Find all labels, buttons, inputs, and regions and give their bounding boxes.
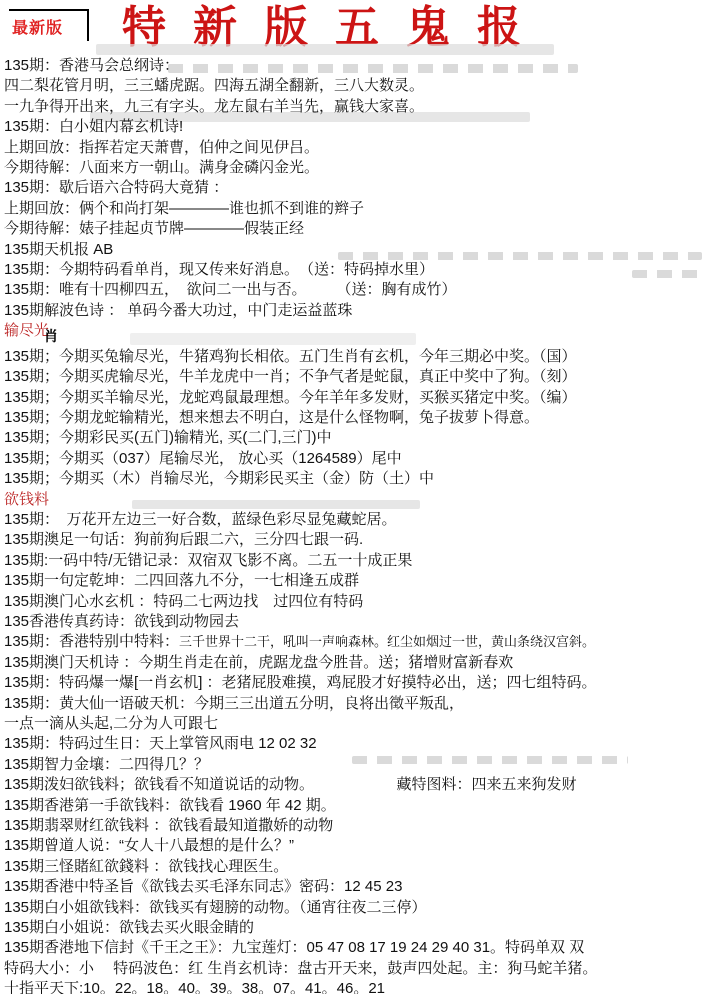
text-line: 四二梨花管月明，三三蟠虎踞。四海五湖全翻新，三八大数灵。 [4, 76, 708, 96]
text-line: 135期；今期买（木）肖输尽光，今期彩民买主（金）防（土）中 [4, 469, 708, 489]
text-segment: 135香港传真药诗：欲钱到动物园去 [4, 613, 239, 630]
text-segment: 特码大小：小 特码波色：红 生肖玄机诗：盘古开天来，鼓声四处起。主：狗马蛇羊猪。 [4, 960, 597, 977]
text-line: 135期：黄大仙一语破天机：今期三三出道五分明，良将出徵平叛乱， [4, 694, 708, 714]
text-segment: 四二梨花管月明，三三蟠虎踞。四海五湖全翻新，三八大数灵。 [4, 77, 424, 94]
text-line: 十指平天下:10。22。18。40。39。38。07。41。46。21 [4, 979, 708, 994]
text-segment: 上期回放：指挥若定天萧曹，伯仲之间见伊吕。 [4, 139, 319, 156]
text-segment: 135期翡翠财红欲钱料 ：欲钱看最知道撒娇的动物 [4, 817, 333, 834]
text-line: 今期待解：八面来方一朝山。满身金磷闪金光。 [4, 158, 708, 178]
text-segment: 十指平天下:10。22。18。40。39。38。07。41。46。21 [4, 980, 385, 994]
text-line: 135期一句定乾坤：二四回落九不分，一七相逢五成群 [4, 571, 708, 591]
text-line: 上期回放：俩个和尚打架————谁也抓不到谁的辫子 [4, 199, 708, 219]
text-segment: 肖 [44, 328, 58, 344]
text-line: 135期：香港马会总纲诗： [4, 56, 708, 76]
text-line: 135期白小姐欲钱料：欲钱买有翅膀的动物。（通宵往夜二三停） [4, 898, 708, 918]
content-lines: 135期：香港马会总纲诗：四二梨花管月明，三三蟠虎踞。四海五湖全翻新，三八大数灵… [4, 56, 708, 994]
text-segment: 135期：香港特别中特料： [4, 633, 179, 650]
text-segment: 今期待解：婊子挂起贞节牌————假装正经 [4, 220, 304, 237]
text-line: 135期：特码爆一爆[一肖玄机] ：老猪屁股难摸，鸡屁股才好摸特必出，送；四七组… [4, 673, 708, 693]
text-segment: 一点一滴从头起,二分为人可跟七 [4, 715, 218, 732]
text-segment: 135期：白小姐内幕玄机诗! [4, 118, 183, 135]
text-segment: 135期；今期买（037）尾输尽光， 放心买（1264589）尾中 [4, 450, 402, 467]
five-ghost-report-page: 最新版 特新版五鬼报 135期：香港马会总纲诗：四二梨花管月明，三三蟠虎踞。四海… [0, 0, 708, 994]
text-line: 输尽光肖 [4, 321, 708, 346]
text-segment: 135期澳足一句话：狗前狗后跟二六，三分四七跟一码. [4, 531, 363, 548]
text-segment: 今期待解：八面来方一朝山。满身金磷闪金光。 [4, 159, 319, 176]
text-segment: 135期；今期买羊输尽光，龙蛇鸡鼠最理想。今年羊年多发财，买猴买猪定中奖。（编） [4, 389, 577, 406]
text-line: 135期： 万花开左边三一好合数，蓝绿色彩尽显兔藏蛇居。 [4, 510, 708, 530]
text-line: 135期澳足一句话：狗前狗后跟二六，三分四七跟一码. [4, 530, 708, 550]
text-segment: 135期白小姐欲钱料：欲钱买有翅膀的动物。（通宵往夜二三停） [4, 899, 427, 916]
badge-label: 最新版 [9, 11, 87, 38]
text-segment: 135期香港地下信封《千王之王》：九宝莲灯：05 47 08 17 19 24 … [4, 939, 584, 956]
text-line: 特码大小：小 特码波色：红 生肖玄机诗：盘古开天来，鼓声四处起。主：狗马蛇羊猪。 [4, 959, 708, 979]
text-segment: 135期：今期特码看单肖，现又传来好消息。 （送：特码掉水里） [4, 261, 434, 278]
text-line: 135期：白小姐内幕玄机诗! [4, 117, 708, 137]
text-line: 135期：香港特别中特料：三千世界十二干，吼叫一声响森林。红尘如烟过一世，黄山条… [4, 632, 708, 652]
text-segment: 135期：歇后语六合特码大竟猜 ： [4, 179, 228, 196]
text-line: 135期天机报 AB [4, 240, 708, 260]
text-line: 一点一滴从头起,二分为人可跟七 [4, 714, 708, 734]
text-line: 135期解波色诗 ： 单码今番大功过，中门走运益蓝珠 [4, 301, 708, 321]
text-line: 135期；今期买兔输尽光，牛猪鸡狗长相依。五门生肖有玄机，今年三期必中奖。（国） [4, 347, 708, 367]
text-segment: 135期曾道人说：“女人十八最想的是什么？” [4, 837, 294, 854]
text-line: 135期智力金壤：二四得几？？ [4, 755, 708, 775]
text-segment: 三千世界十二干，吼叫一声响森林。红尘如烟过一世，黄山条绕汉宫斜。 [179, 634, 595, 649]
text-segment: 135期：黄大仙一语破天机：今期三三出道五分明，良将出徵平叛乱， [4, 695, 464, 712]
text-segment: 135期： 万花开左边三一好合数，蓝绿色彩尽显兔藏蛇居。 [4, 511, 397, 528]
latest-edition-badge: 最新版 [9, 9, 89, 41]
text-line: 135期：歇后语六合特码大竟猜 ： [4, 178, 708, 198]
text-segment: 135期香港第一手欲钱料：欲钱看 1960 年 42 期。 [4, 797, 336, 814]
text-segment: 135期:一码中特/无错记录：双宿双飞影不离。二五一十成正果 [4, 552, 412, 569]
text-line: 135期澳门天机诗 ：今期生肖走在前，虎踞龙盘今胜昔。送；猪增财富新春欢 [4, 653, 708, 673]
text-line: 135期翡翠财红欲钱料 ：欲钱看最知道撒娇的动物 [4, 816, 708, 836]
text-segment: 欲钱料 [4, 491, 49, 508]
text-line: 135期澳门心水玄机 ：特码二七两边找 过四位有特码 [4, 592, 708, 612]
text-line: 一九争得开出来，九三有字头。龙左鼠右羊当先，赢钱大家喜。 [4, 97, 708, 117]
text-segment: 135期；今期买虎输尽光，牛羊龙虎中一肖；不争气者是蛇鼠，真正中奖中了狗。（刻） [4, 368, 577, 385]
text-segment: 135期泼妇欲钱料；欲钱看不知道说话的动物。 藏特图料：四来五来狗发财 [4, 776, 577, 793]
text-segment: 135期智力金壤：二四得几？？ [4, 756, 209, 773]
text-line: 135期:一码中特/无错记录：双宿双飞影不离。二五一十成正果 [4, 551, 708, 571]
text-segment: 135期解波色诗 ： 单码今番大功过，中门走运益蓝珠 [4, 302, 352, 319]
smudge-artifact [96, 44, 554, 55]
text-segment: 135期澳门心水玄机 ：特码二七两边找 过四位有特码 [4, 593, 363, 610]
text-segment: 输尽光 [4, 322, 49, 339]
text-segment: 135期：特码爆一爆[一肖玄机] ：老猪屁股难摸，鸡屁股才好摸特必出，送；四七组… [4, 674, 597, 691]
text-segment: 一九争得开出来，九三有字头。龙左鼠右羊当先，赢钱大家喜。 [4, 98, 424, 115]
text-line: 135期；今期买羊输尽光，龙蛇鸡鼠最理想。今年羊年多发财，买猴买猪定中奖。（编） [4, 388, 708, 408]
text-segment: 135期白小姐说：欲钱去买火眼金睛的 [4, 919, 254, 936]
text-segment: 135期：特码过生日：天上掌管风雨电 12 02 32 [4, 735, 317, 752]
text-line: 135期：唯有十四柳四五， 欲问二一出与否。 （送：胸有成竹） [4, 280, 708, 300]
text-line: 135期；今期买（037）尾输尽光， 放心买（1264589）尾中 [4, 449, 708, 469]
text-segment: 135期：唯有十四柳四五， 欲问二一出与否。 （送：胸有成竹） [4, 281, 457, 298]
text-line: 135期白小姐说：欲钱去买火眼金睛的 [4, 918, 708, 938]
text-line: 135期三怪賭紅欲錢料 ：欲钱找心理医生。 [4, 857, 708, 877]
text-line: 135期香港中特圣旨《欲钱去买毛泽东同志》密码：12 45 23 [4, 877, 708, 897]
text-line: 135期香港第一手欲钱料：欲钱看 1960 年 42 期。 [4, 796, 708, 816]
text-segment: 135期三怪賭紅欲錢料 ：欲钱找心理医生。 [4, 858, 288, 875]
text-segment: 135期；今期买兔输尽光，牛猪鸡狗长相依。五门生肖有玄机，今年三期必中奖。（国） [4, 348, 577, 365]
text-line: 欲钱料 [4, 490, 708, 510]
text-segment: 上期回放：俩个和尚打架————谁也抓不到谁的辫子 [4, 200, 364, 217]
text-line: 135期：特码过生日：天上掌管风雨电 12 02 32 [4, 734, 708, 754]
text-line: 135期香港地下信封《千王之王》：九宝莲灯：05 47 08 17 19 24 … [4, 938, 708, 958]
text-line: 135期；今期彩民买(五门)输精光, 买(二门,三门)中 [4, 428, 708, 448]
text-segment: 135期澳门天机诗 ：今期生肖走在前，虎踞龙盘今胜昔。送；猪增财富新春欢 [4, 654, 513, 671]
text-line: 135期曾道人说：“女人十八最想的是什么？” [4, 836, 708, 856]
text-segment: 135期；今期彩民买(五门)输精光, 买(二门,三门)中 [4, 429, 332, 446]
text-line: 135香港传真药诗：欲钱到动物园去 [4, 612, 708, 632]
text-line: 135期泼妇欲钱料；欲钱看不知道说话的动物。 藏特图料：四来五来狗发财 [4, 775, 708, 795]
text-segment: 135期：香港马会总纲诗： [4, 57, 179, 74]
text-line: 135期：今期特码看单肖，现又传来好消息。 （送：特码掉水里） [4, 260, 708, 280]
text-line: 135期；今期龙蛇输精光，想来想去不明白，这是什么怪物啊，兔子拔萝卜得意。 [4, 408, 708, 428]
text-line: 上期回放：指挥若定天萧曹，伯仲之间见伊吕。 [4, 138, 708, 158]
text-segment: 135期香港中特圣旨《欲钱去买毛泽东同志》密码：12 45 23 [4, 878, 402, 895]
text-segment: 135期；今期买（木）肖输尽光，今期彩民买主（金）防（土）中 [4, 470, 434, 487]
text-line: 今期待解：婊子挂起贞节牌————假装正经 [4, 219, 708, 239]
text-line: 135期；今期买虎输尽光，牛羊龙虎中一肖；不争气者是蛇鼠，真正中奖中了狗。（刻） [4, 367, 708, 387]
text-segment: 135期一句定乾坤：二四回落九不分，一七相逢五成群 [4, 572, 359, 589]
text-segment: 135期天机报 AB [4, 241, 113, 258]
text-segment: 135期；今期龙蛇输精光，想来想去不明白，这是什么怪物啊，兔子拔萝卜得意。 [4, 409, 539, 426]
